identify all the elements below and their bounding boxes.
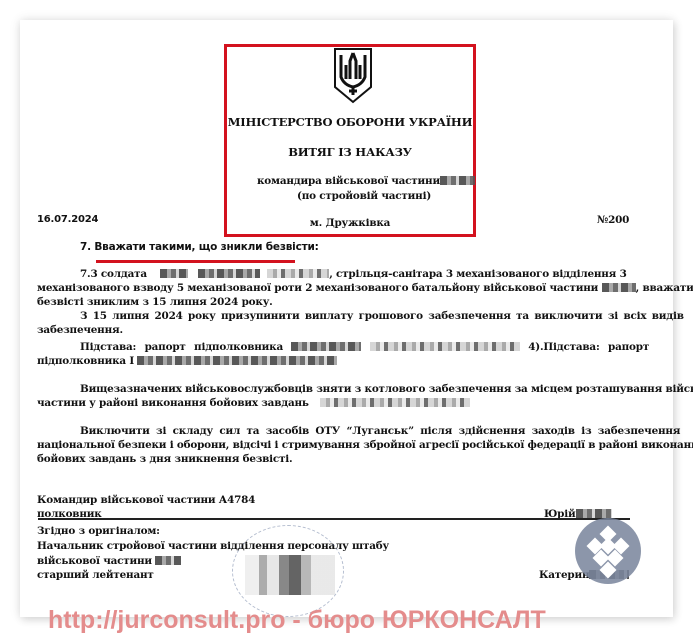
redacted <box>291 342 361 351</box>
issuer-line: командира військової частини <box>257 175 475 187</box>
p1-line1: 7.3 солдата , стрільця-санітара 3 механі… <box>80 268 627 280</box>
p5-line2: національної безпеки і оборони, відсічі … <box>37 439 693 451</box>
p4-line1: Вищезазначених військовослужбовців зняти… <box>80 383 693 395</box>
redacted-unit <box>602 283 636 292</box>
text: 4).Підстава: рапорт <box>528 341 649 353</box>
p2-line1: З 15 липня 2024 року призупинити виплату… <box>80 310 684 322</box>
text: Підстава: рапорт підполковника <box>80 341 283 353</box>
redacted-name <box>267 269 329 278</box>
redacted-name <box>198 269 260 278</box>
document-date: 16.07.2024 <box>37 214 98 226</box>
text: підполковника І <box>37 355 134 367</box>
issuer-text: командира військової частини <box>257 175 440 187</box>
p4-line2: частини у районі виконання бойових завда… <box>37 397 470 409</box>
redacted-unit <box>155 556 181 565</box>
commander-title: Командир військової частини А4784 <box>37 494 255 506</box>
text: військової частини <box>37 555 152 567</box>
document-type: ВИТЯГ ІЗ НАКАЗУ <box>224 146 476 158</box>
text: , стрільця-санітара 3 механізованого від… <box>329 268 626 280</box>
text: , вважати <box>636 282 693 294</box>
redacted-name <box>160 269 188 278</box>
document-number: №200 <box>597 214 629 226</box>
redacted-unit <box>440 176 475 185</box>
chief-rank: старший лейтенант <box>37 569 154 581</box>
chief-unit: військової частини <box>37 555 181 567</box>
p2-line2: забезпечення. <box>37 324 123 336</box>
city: м. Дружківка <box>224 217 476 229</box>
p1-line2: механізованого взводу 5 механізованої ро… <box>37 282 693 294</box>
issuer-subline: (по стройовій частині) <box>297 190 431 202</box>
signature-line <box>38 518 630 520</box>
redacted <box>370 342 520 351</box>
p5-line1: Виключити зі складу сил та засобів ОТУ “… <box>80 425 680 437</box>
trident-emblem-icon <box>332 47 374 104</box>
p3-line2: підполковника І <box>37 355 337 367</box>
watermark-badge-icon <box>575 518 641 584</box>
redacted <box>137 356 337 365</box>
certified-label: Згідно з оригіналом: <box>37 525 160 537</box>
text: частини у районі виконання бойових завда… <box>37 397 309 409</box>
ministry-title: МІНІСТЕРСТВО ОБОРОНИ УКРАЇНИ <box>224 116 476 128</box>
item-heading: 7. Вважати такими, що зникли безвісти: <box>80 241 319 253</box>
redacted-stamp <box>245 555 335 595</box>
redacted <box>320 398 470 407</box>
heading-underline <box>96 260 295 263</box>
text: 7.3 солдата <box>80 268 147 280</box>
redacted-surname <box>576 509 612 518</box>
text: механізованого взводу 5 механізованої ро… <box>37 282 598 294</box>
watermark-text: http://jurconsult.pro - бюро ЮРКОНСАЛТ <box>48 606 546 635</box>
p1-line3: безвісті зниклим з 15 липня 2024 року. <box>37 296 273 308</box>
p3-line1: Підстава: рапорт підполковника 4).Підста… <box>80 341 649 353</box>
p5-line3: бойових завдань з дня зникнення безвісті… <box>37 453 292 465</box>
